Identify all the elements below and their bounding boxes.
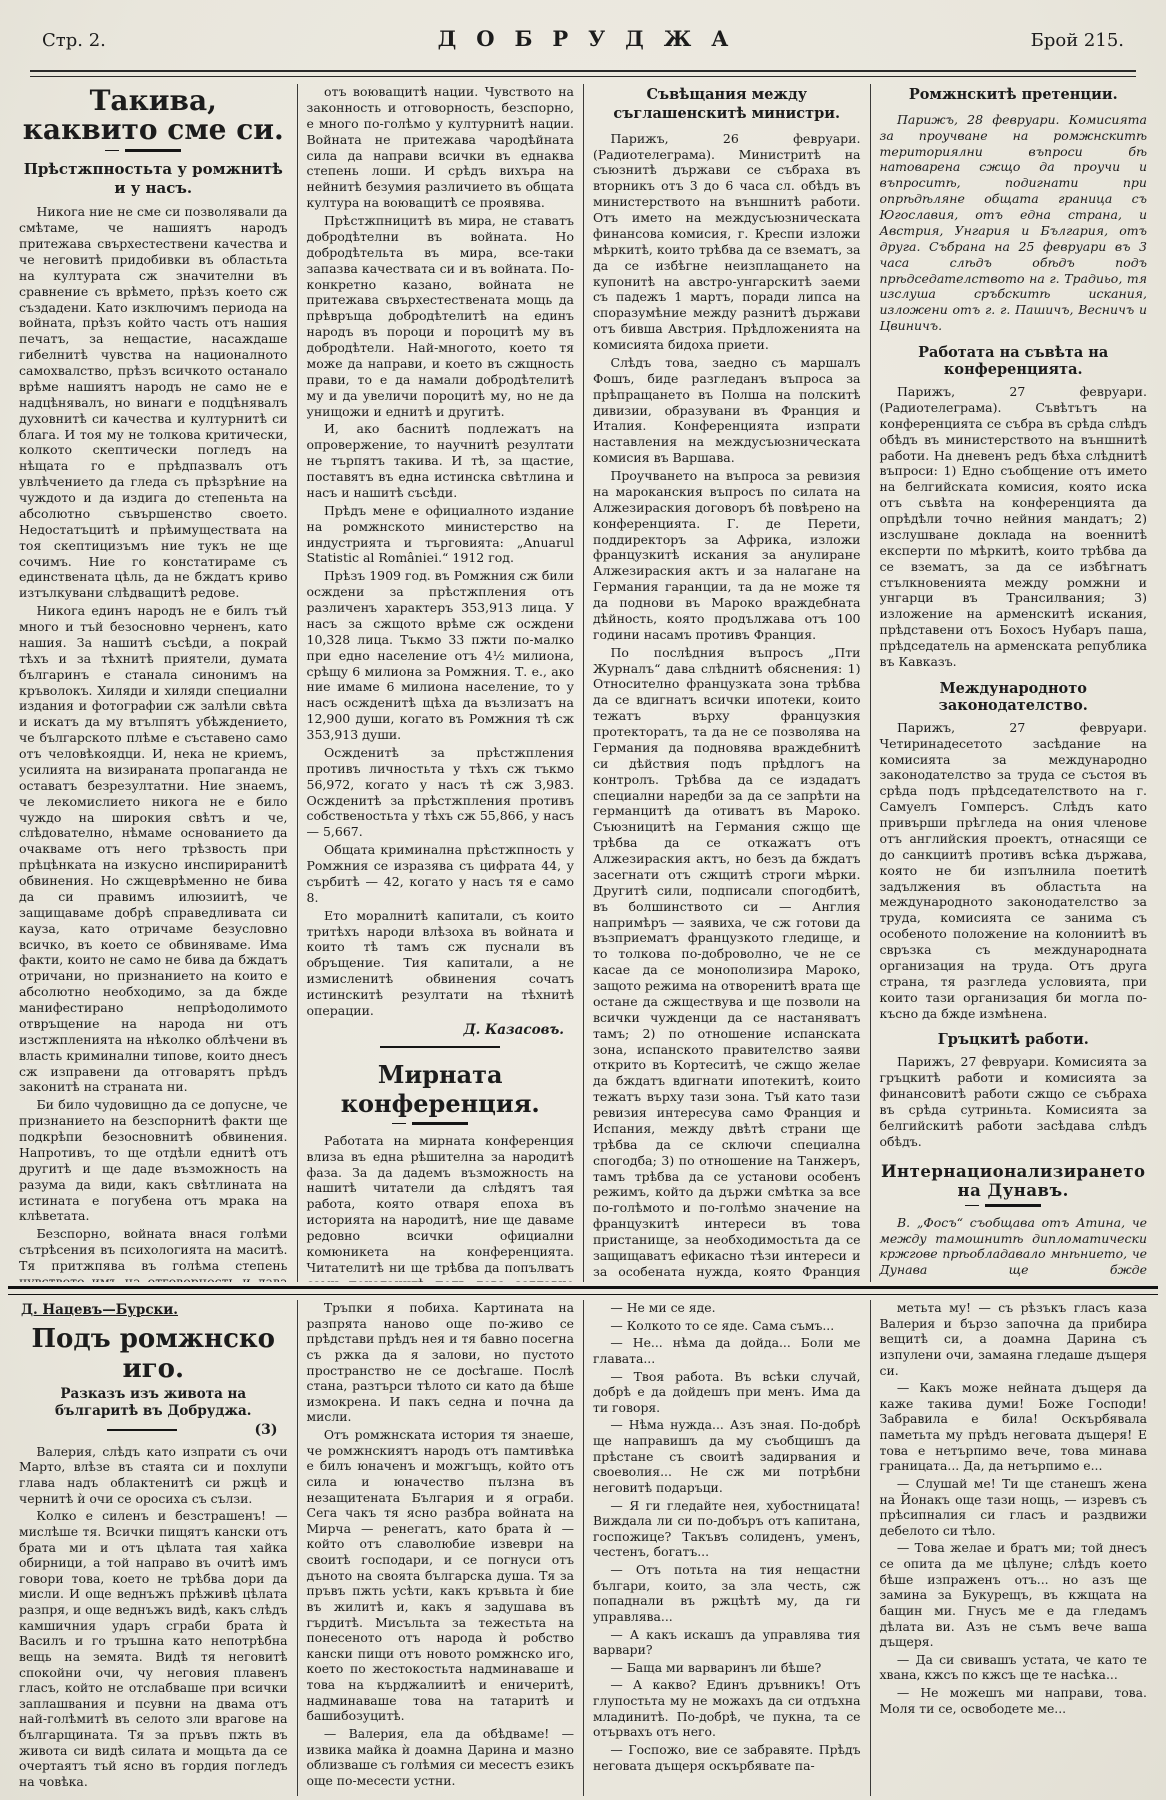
ornament-rule (125, 149, 181, 152)
paragraph: Прѣзъ 1909 год. въ Ромжния сж били осжде… (307, 568, 575, 743)
paragraph: Тръпки я побиха. Картината на разпрята н… (307, 1300, 575, 1425)
paragraph: Парижъ, 27 февруари. Комисията за гръцки… (880, 1054, 1148, 1149)
paragraph: — Това желае и братъ ми; той днесъ се оп… (880, 1540, 1148, 1649)
paragraph: Осжденитѣ за прѣстжпления противъ личнос… (307, 745, 575, 840)
separator-rule (380, 1046, 500, 1048)
paragraph: Парижъ, 26 февруари. (Радиотелеграма). М… (593, 131, 861, 353)
article6-body: Парижъ, 27 февруари. Четиринадесетото за… (880, 720, 1148, 1022)
feuilleton-title: Подъ ромжнско иго. (19, 1324, 288, 1384)
paragraph: Никога ние не сме си позволявали да смѣт… (19, 204, 288, 601)
article3-body: Парижъ, 26 февруари. (Радиотелеграма). М… (593, 131, 861, 1282)
column-4: Ромжнскитѣ претенции. Парижъ, 28 февруар… (870, 84, 1157, 1282)
newspaper-page: Стр. 2. ДОБРУДЖА Брой 215. Такива, какви… (0, 0, 1166, 1800)
dash-rule (29, 1429, 255, 1431)
paragraph: — Не можешъ ми направи, това. Моля ти се… (880, 1685, 1148, 1716)
paragraph: Валерия, слѣдъ като изпрати съ очи Марто… (19, 1444, 288, 1507)
paragraph: — А какво? Единъ дръвникъ! Отъ глупостьт… (593, 1677, 861, 1740)
paragraph: Отъ ромжнската история тя знаеше, че ром… (307, 1427, 575, 1724)
article7-title: Гръцкитѣ работи. (880, 1031, 1148, 1048)
feuilleton-body-2: Тръпки я побиха. Картината на разпрята н… (307, 1300, 575, 1788)
paragraph: Парижъ, 28 февруари. Комисията за проучв… (880, 112, 1148, 334)
article1-signature: Д. Казасовъ. (307, 1022, 565, 1038)
paragraph: Парижъ, 27 февруари. Четиринадесетото за… (880, 720, 1148, 1022)
paragraph: — Твоя работа. Въ всѣки случай, добрѣ е … (593, 1369, 861, 1416)
paragraph: — Не ми се яде. (593, 1300, 861, 1316)
paragraph: И, ако баснитѣ подлежатъ на опровержение… (307, 421, 575, 500)
article2-body: Работата на мирната конференция влиза въ… (307, 1133, 575, 1282)
paragraph: — Валерия, ела да обѣдваме! — извика май… (307, 1726, 575, 1789)
feuilleton-section: Д. Нацевъ—Бурски. Подъ ромжнско иго. Раз… (10, 1300, 1156, 1796)
paragraph: метьта му! — съ рѣзъкъ гласъ каза Валери… (880, 1300, 1148, 1378)
paragraph: Прѣстжпницитѣ въ мира, не ставатъ доброд… (307, 213, 575, 419)
page-header: Стр. 2. ДОБРУДЖА Брой 215. (42, 26, 1124, 51)
paragraph: — Нѣма нужда... Азъ зная. По-добрѣ ще на… (593, 1417, 861, 1495)
feuilleton-subtitle: Разказъ изъ живота на българитѣ въ Добру… (19, 1386, 288, 1420)
paragraph: — А какъ искашъ да управлява тия варвари… (593, 1627, 861, 1658)
paragraph: Парижъ, 27 февруари. (Радиотелеграма). С… (880, 384, 1148, 670)
feuilleton-byline: Д. Нацевъ—Бурски. (21, 1302, 288, 1318)
paragraph: Би било чудовищно да се допусне, че приз… (19, 1097, 288, 1224)
feuilleton-body-1: Валерия, слѣдъ като изпрати съ очи Марто… (19, 1444, 288, 1790)
paragraph: — Какъ може нейната дъщеря да каже такив… (880, 1380, 1148, 1474)
paragraph: — Колкото то се яде. Сама съмъ... (593, 1318, 861, 1334)
paragraph: Прѣдъ мене е официалното издание на ромж… (307, 503, 575, 567)
paragraph: Колко е силенъ и безстрашенъ! — мислѣше … (19, 1508, 288, 1789)
paragraph: — Слушай ме! Ти ще станешъ жена на Йонак… (880, 1476, 1148, 1539)
page-number: Стр. 2. (42, 30, 202, 51)
ornament-rule (412, 1122, 468, 1125)
paragraph: — Отъ потьта на тия нещастни българи, ко… (593, 1562, 861, 1625)
article5-body: Парижъ, 27 февруари. (Радиотелеграма). С… (880, 384, 1148, 670)
article5-title: Работата на съвѣта на конференцията. (880, 344, 1148, 378)
paragraph: Проучването на въпроса за ревизия на мар… (593, 468, 861, 643)
header-rule (30, 70, 1136, 77)
paragraph: Слѣдъ това, заедно съ маршалъ Фошъ, биде… (593, 355, 861, 466)
masthead-title: ДОБРУДЖА (202, 26, 964, 51)
column-1: Такива, каквито сме си. Прѣстжпностьта у… (10, 84, 297, 1282)
paragraph: По послѣдния въпросъ „Пти Журналъ“ дава … (593, 645, 861, 1282)
feuilleton-column-1: Д. Нацевъ—Бурски. Подъ ромжнско иго. Раз… (10, 1300, 297, 1796)
issue-number: Брой 215. (964, 30, 1124, 51)
column-3: Съвѣщания между съглашенскитѣ министри. … (583, 84, 870, 1282)
feuilleton-part-number: (3) (255, 1422, 278, 1438)
paragraph: Безспорно, войната внася голѣми сътрѣсен… (19, 1226, 288, 1282)
article8-body: В. „Фосъ“ съобщава отъ Атина, че между т… (880, 1215, 1148, 1282)
feuilleton-body-4: метьта му! — съ рѣзъкъ гласъ каза Валери… (880, 1300, 1148, 1716)
article1-title: Такива, каквито сме си. (19, 86, 288, 145)
paragraph: Ето моралнитѣ капитали, съ които тритѣхъ… (307, 908, 575, 1019)
feuilleton-body-3: — Не ми се яде.— Колкото то се яде. Сама… (593, 1300, 861, 1773)
section-divider-rule (8, 1286, 1158, 1295)
paragraph: — Я ги гледайте нея, хубостницата! Вижда… (593, 1498, 861, 1561)
article3-title: Съвѣщания между съглашенскитѣ министри. (593, 86, 861, 124)
column-2: отъ воюващитѣ нации. Чувството на законн… (297, 84, 584, 1282)
ornament-rule (985, 1204, 1041, 1207)
article1-continuation: отъ воюващитѣ нации. Чувството на законн… (307, 84, 575, 1019)
feuilleton-column-2: Тръпки я побиха. Картината на разпрята н… (297, 1300, 584, 1796)
paragraph: В. „Фосъ“ съобщава отъ Атина, че между т… (880, 1215, 1148, 1282)
paragraph: Никога единъ народъ не е билъ тъй много … (19, 603, 288, 1095)
feuilleton-part-row: (3) (29, 1422, 278, 1438)
paragraph: Работата на мирната конференция влиза въ… (307, 1133, 575, 1282)
article6-title: Международното законодателство. (880, 680, 1148, 714)
paragraph: Общата криминална прѣстжпность у Ромжния… (307, 842, 575, 906)
paragraph: — Не... нѣма да дойда... Боли ме главата… (593, 1335, 861, 1366)
paragraph: — Да си свивашъ устата, че като те хвана… (880, 1652, 1148, 1683)
paragraph: — Госпожо, вие се забравяте. Прѣдъ негов… (593, 1742, 861, 1773)
paragraph: — Баща ми варваринъ ли бѣше? (593, 1660, 861, 1676)
feuilleton-column-3: — Не ми се яде.— Колкото то се яде. Сама… (583, 1300, 870, 1796)
article1-body: Никога ние не сме си позволявали да смѣт… (19, 204, 288, 1282)
article4-title: Ромжнскитѣ претенции. (880, 86, 1148, 105)
article4-body: Парижъ, 28 февруари. Комисията за проучв… (880, 112, 1148, 334)
feuilleton-column-4: метьта му! — съ рѣзъкъ гласъ каза Валери… (870, 1300, 1157, 1796)
main-section: Такива, каквито сме си. Прѣстжпностьта у… (10, 84, 1156, 1282)
article7-body: Парижъ, 27 февруари. Комисията за гръцки… (880, 1054, 1148, 1149)
article1-subtitle: Прѣстжпностьта у ромжнитѣ и у насъ. (19, 160, 288, 198)
article2-title: Мирната конференция. (307, 1060, 575, 1118)
article8-title: Интернационализирането на Дунавъ. (880, 1162, 1148, 1200)
paragraph: отъ воюващитѣ нации. Чувството на законн… (307, 84, 575, 211)
